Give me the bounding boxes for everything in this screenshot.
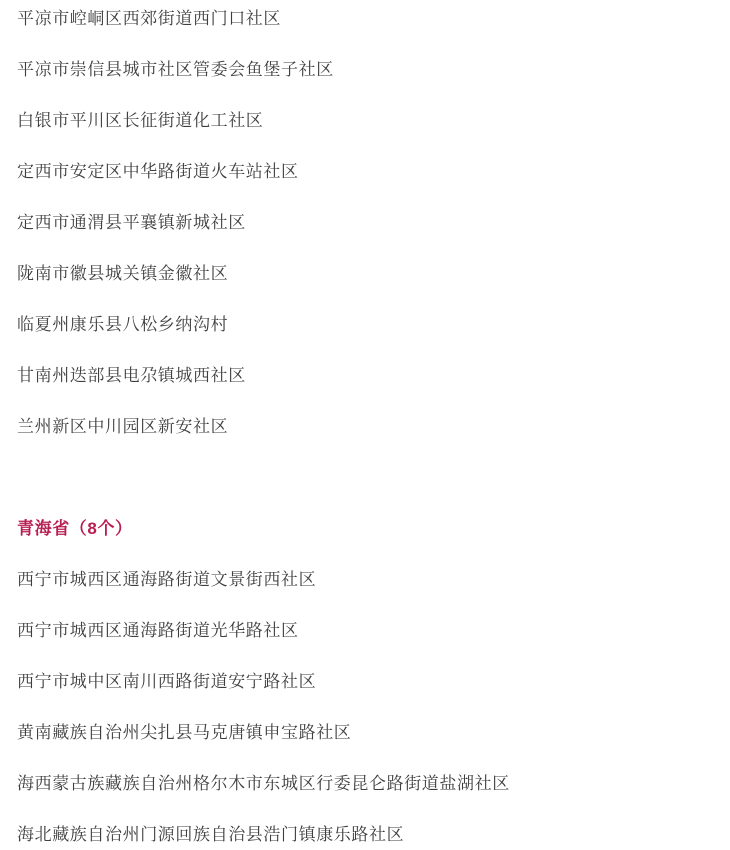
community-item: 陇南市徽县城关镇金徽社区 [17, 260, 714, 287]
community-item: 黄南藏族自治州尖扎县马克唐镇申宝路社区 [17, 719, 714, 746]
article-content: 平凉市崆峒区西郊街道西门口社区 平凉市崇信县城市社区管委会鱼堡子社区 白银市平川… [0, 0, 730, 850]
section-gap [17, 464, 714, 515]
community-item: 临夏州康乐县八松乡纳沟村 [17, 311, 714, 338]
community-item: 定西市安定区中华路街道火车站社区 [17, 158, 714, 185]
section-header-qinghai: 青海省（8个） [17, 515, 714, 542]
community-item: 海北藏族自治州门源回族自治县浩门镇康乐路社区 [17, 821, 714, 848]
community-item: 西宁市城西区通海路街道光华路社区 [17, 617, 714, 644]
community-item: 海西蒙古族藏族自治州格尔木市东城区行委昆仑路街道盐湖社区 [17, 770, 714, 797]
community-item: 兰州新区中川园区新安社区 [17, 413, 714, 440]
community-item: 白银市平川区长征街道化工社区 [17, 107, 714, 134]
community-item: 西宁市城中区南川西路街道安宁路社区 [17, 668, 714, 695]
community-item: 西宁市城西区通海路街道文景街西社区 [17, 566, 714, 593]
community-item: 平凉市崆峒区西郊街道西门口社区 [17, 5, 714, 32]
community-item: 平凉市崇信县城市社区管委会鱼堡子社区 [17, 56, 714, 83]
community-item: 甘南州迭部县电尕镇城西社区 [17, 362, 714, 389]
community-item: 定西市通渭县平襄镇新城社区 [17, 209, 714, 236]
